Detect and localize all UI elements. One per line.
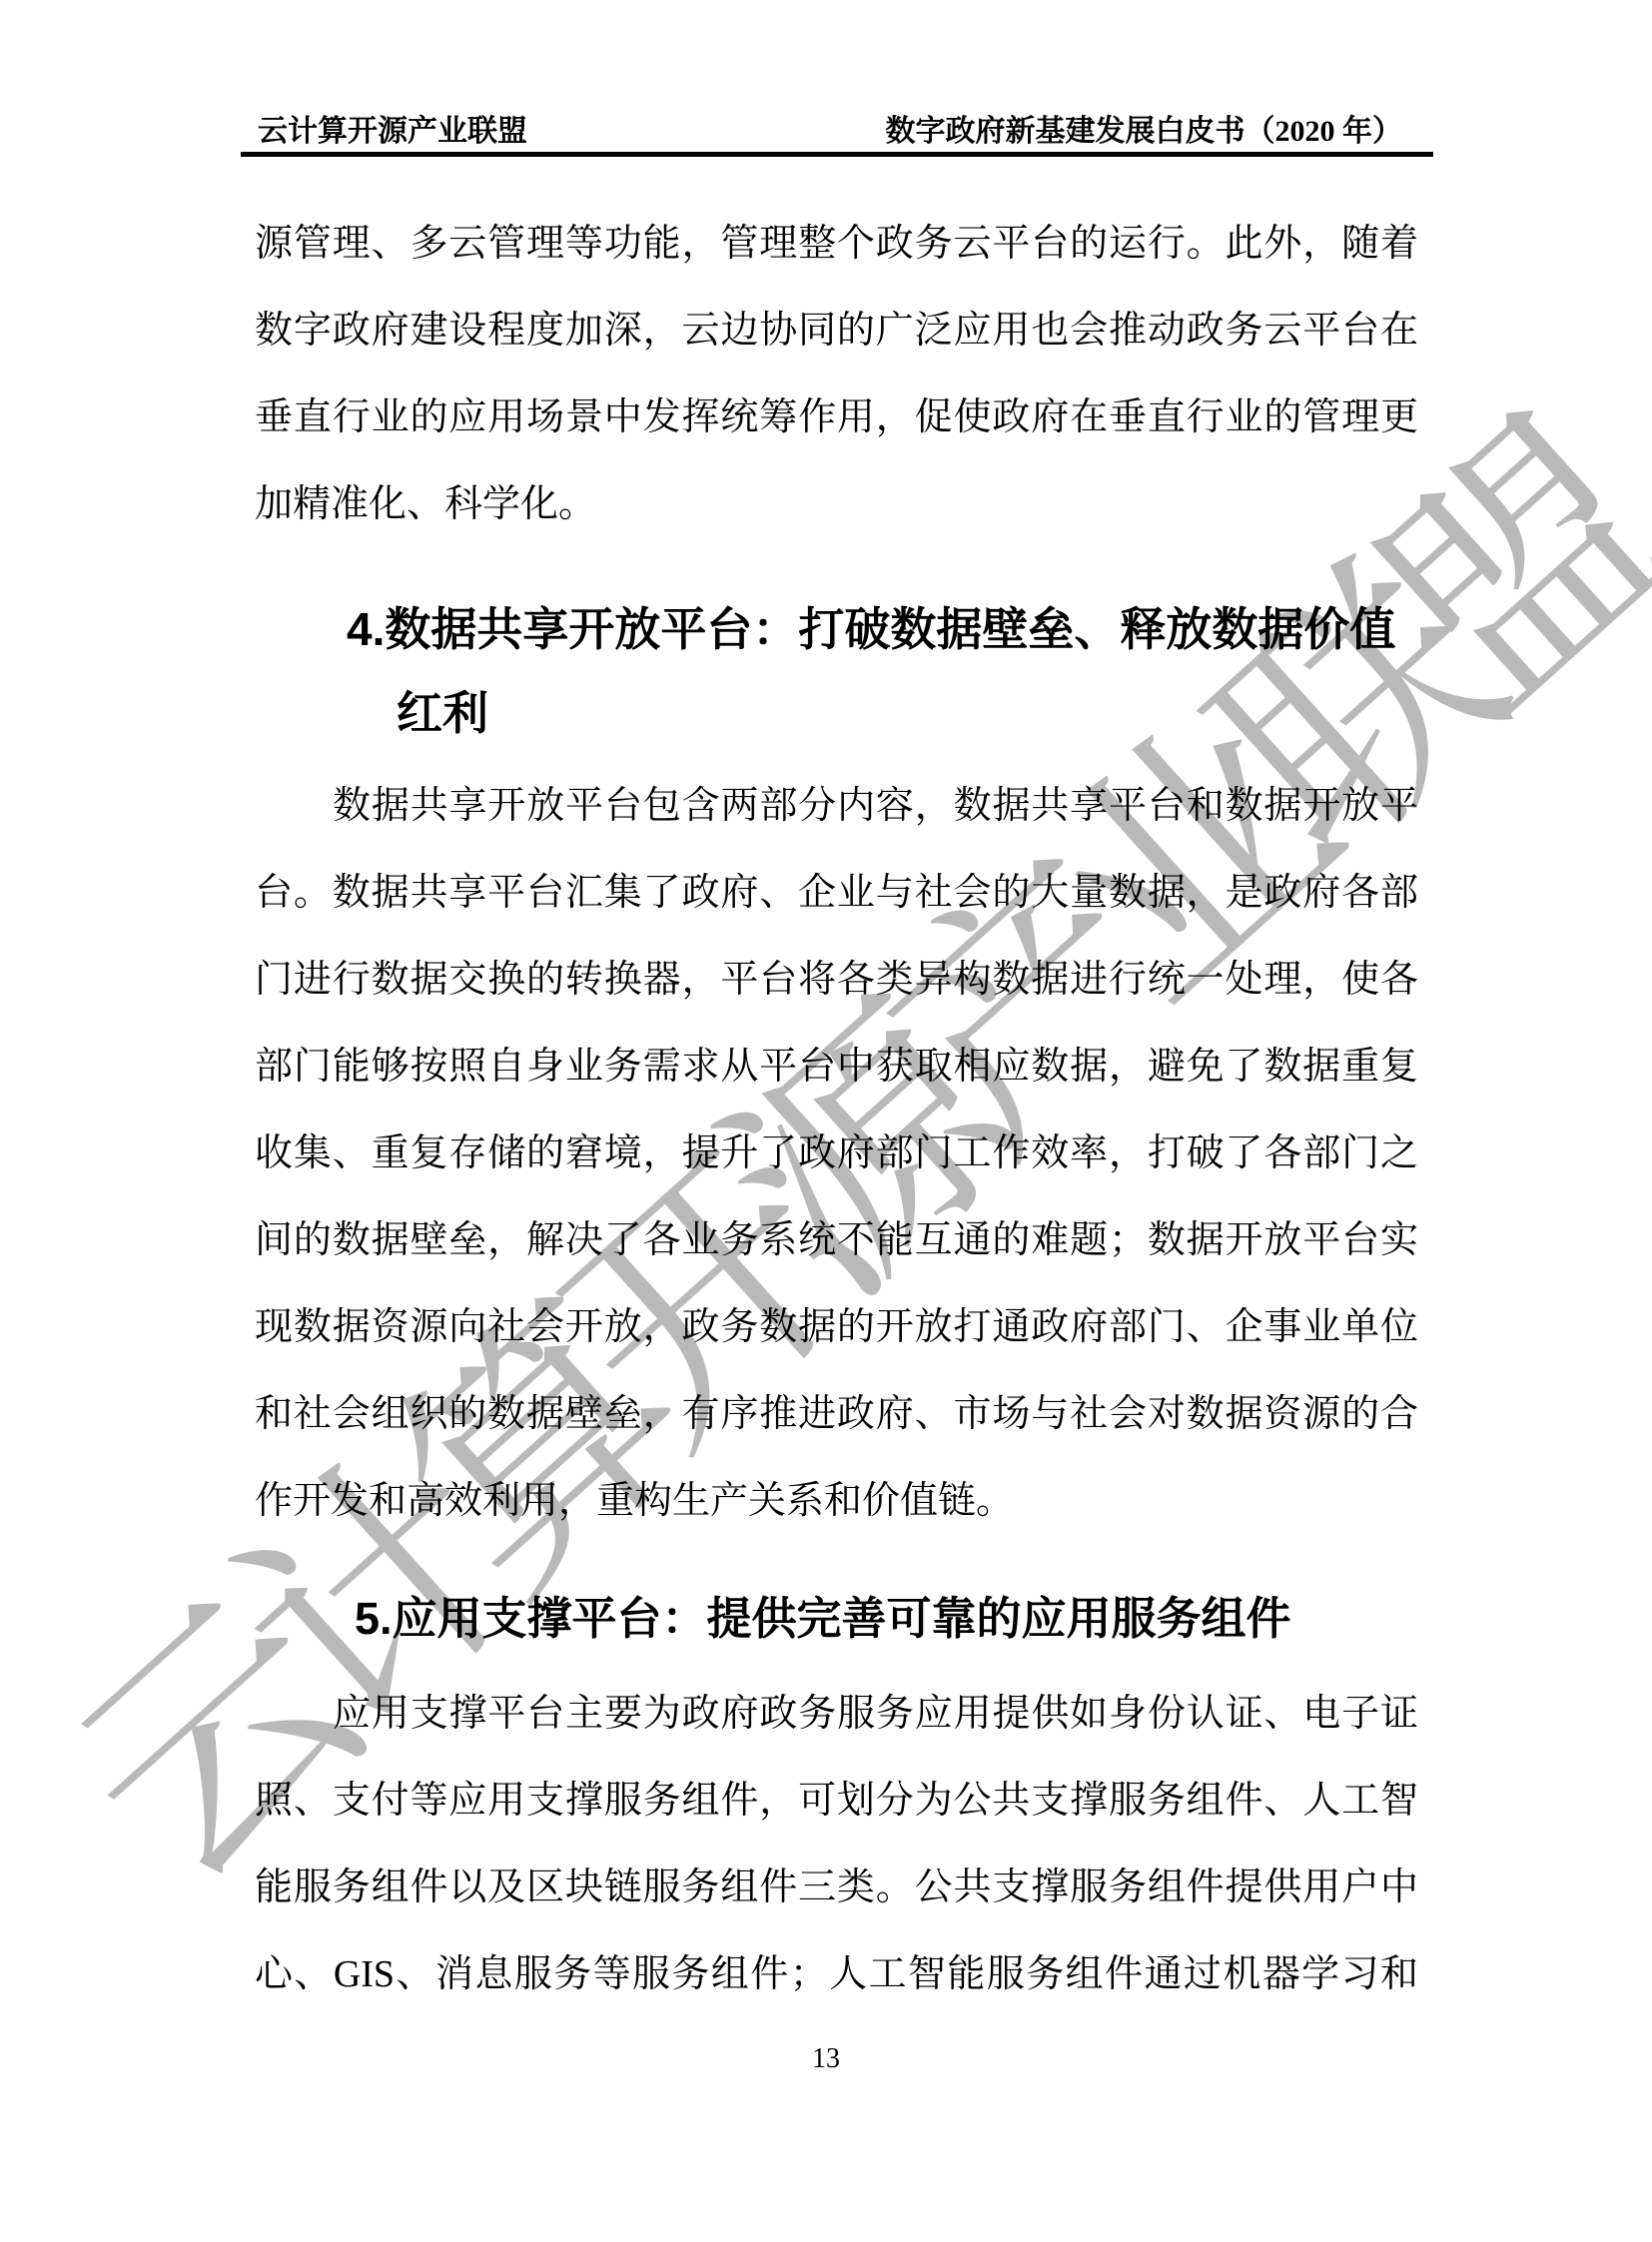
body-text-line: 垂直行业的应用场景中发挥统筹作用，促使政府在垂直行业的管理更 xyxy=(255,374,1418,461)
section-heading-4-line-1: 4.数据共享开放平台：打破数据壁垒、释放数据价值 xyxy=(347,587,1435,671)
header-right-title: 数字政府新基建发展白皮书（2020 年） xyxy=(886,112,1403,152)
body-text-line: 台。数据共享平台汇集了政府、企业与社会的大量数据，是政府各部 xyxy=(255,850,1418,937)
body-text-line: 加精准化、科学化。 xyxy=(255,461,1418,548)
page-number: 13 xyxy=(0,2039,1652,2079)
body-text-line: 现数据资源向社会开放，政务数据的开放打通政府部门、企事业单位 xyxy=(255,1284,1418,1371)
body-text-line: 能服务组件以及区块链服务组件三类。公共支撑服务组件提供用户中 xyxy=(255,1845,1418,1931)
body-text-line: 门进行数据交换的转换器，平台将各类异构数据进行统一处理，使各 xyxy=(255,937,1418,1024)
body-text-line: 部门能够按照自身业务需求从平台中获取相应数据，避免了数据重复 xyxy=(255,1024,1418,1111)
header-left-title: 云计算开源产业联盟 xyxy=(258,112,527,152)
section-heading-5: 5.应用支撑平台：提供完善可靠的应用服务组件 xyxy=(355,1584,1291,1654)
body-text-line: 作开发和高效利用，重构生产关系和价值链。 xyxy=(255,1458,1418,1545)
body-text-line: 源管理、多云管理等功能，管理整个政务云平台的运行。此外，随着 xyxy=(255,201,1418,288)
section-heading-4-line-2: 红利 xyxy=(347,671,1435,755)
body-text-line: 数字政府建设程度加深，云边协同的广泛应用也会推动政务云平台在 xyxy=(255,288,1418,374)
body-text-line: 数据共享开放平台包含两部分内容，数据共享平台和数据开放平 xyxy=(255,763,1418,850)
body-text-line: 应用支撑平台主要为政府政务服务应用提供如身份认证、电子证 xyxy=(255,1671,1418,1758)
body-text-line: 收集、重复存储的窘境，提升了政府部门工作效率，打破了各部门之 xyxy=(255,1111,1418,1197)
document-page: 云计算开源产业联盟 云计算开源产业联盟 数字政府新基建发展白皮书（2020 年）… xyxy=(0,0,1652,2242)
body-text-line: 心、GIS、消息服务等服务组件；人工智能服务组件通过机器学习和 xyxy=(255,1931,1418,2018)
paragraph-data-sharing-platform: 数据共享开放平台包含两部分内容，数据共享平台和数据开放平 台。数据共享平台汇集了… xyxy=(255,763,1418,1545)
page-header: 云计算开源产业联盟 数字政府新基建发展白皮书（2020 年） xyxy=(258,112,1402,152)
body-text-line: 间的数据壁垒，解决了各业务系统不能互通的难题；数据开放平台实 xyxy=(255,1197,1418,1284)
paragraph-app-support-platform: 应用支撑平台主要为政府政务服务应用提供如身份认证、电子证 照、支付等应用支撑服务… xyxy=(255,1671,1418,2018)
section-heading-4: 4.数据共享开放平台：打破数据壁垒、释放数据价值 红利 xyxy=(347,587,1435,755)
paragraph-cloud-platform: 源管理、多云管理等功能，管理整个政务云平台的运行。此外，随着 数字政府建设程度加… xyxy=(255,201,1418,548)
body-text-line: 和社会组织的数据壁垒，有序推进政府、市场与社会对数据资源的合 xyxy=(255,1371,1418,1458)
header-divider-rule xyxy=(241,152,1433,157)
body-text-line: 照、支付等应用支撑服务组件，可划分为公共支撑服务组件、人工智 xyxy=(255,1758,1418,1845)
